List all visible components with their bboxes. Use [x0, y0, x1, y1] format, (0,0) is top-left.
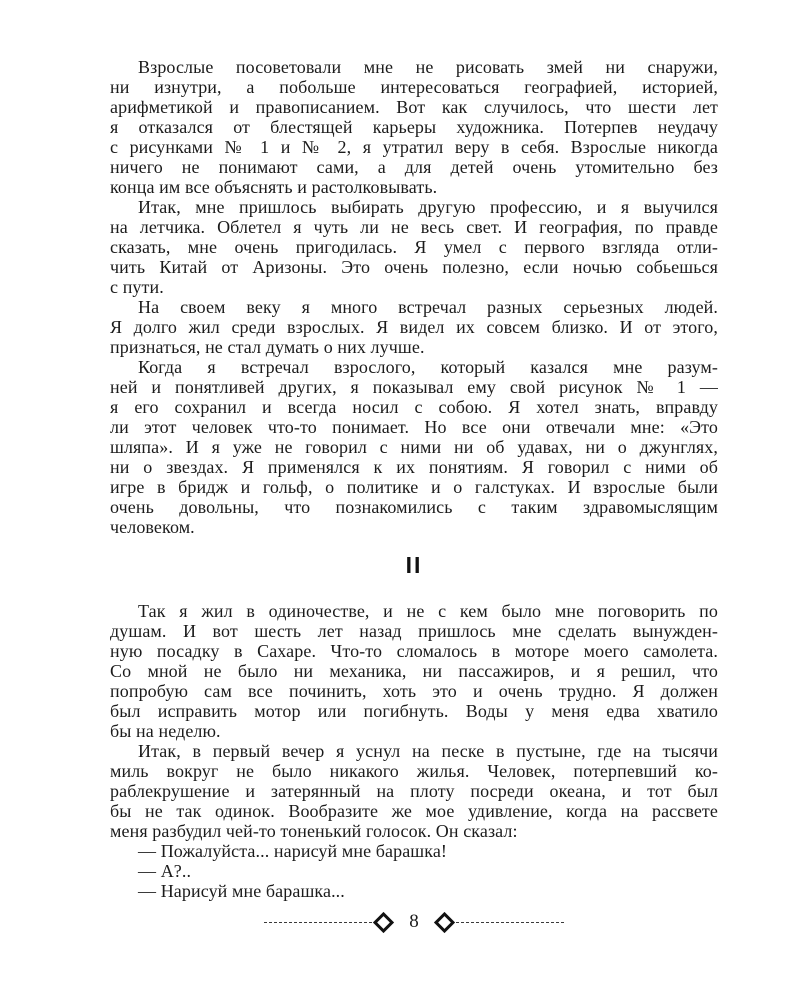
text-line: ни изнутри, а побольше интересоваться ге… — [110, 77, 718, 97]
paragraph: На своем веку я много встречал разных се… — [110, 297, 718, 357]
paragraph: Итак, мне пришлось выбирать другую профе… — [110, 197, 718, 297]
text-line: арифметикой и правописанием. Вот как слу… — [110, 97, 718, 117]
dialogue-line: — А?.. — [110, 861, 718, 881]
text-line: ни о звездах. Я применялся к их понятиям… — [110, 457, 718, 477]
text-line: я его сохранил и всегда носил с собою. Я… — [110, 397, 718, 417]
text-line: миль вокруг не было никакого жилья. Чело… — [110, 761, 718, 781]
paragraph: Так я жил в одиночестве, и не с кем было… — [110, 601, 718, 741]
text-line: Я долго жил среди взрослых. Я видел их с… — [110, 317, 718, 337]
book-page: Взрослые посоветовали мне не рисовать зм… — [0, 0, 800, 1000]
text-line: ли этот человек что-то понимает. Но все … — [110, 417, 718, 437]
text-line: признаться, не стал думать о них лучше. — [110, 337, 718, 357]
text-line: меня разбудил чей-то тоненький голосок. … — [110, 821, 718, 841]
text-line: ную посадку в Сахаре. Что-то сломалось в… — [110, 641, 718, 661]
text-line: бы на неделю. — [110, 721, 718, 741]
diamond-ornament-right — [434, 911, 455, 932]
text-line: с рисунками № 1 и № 2, я утратил веру в … — [110, 137, 718, 157]
text-line: конца им все объяснять и растолковывать. — [110, 177, 718, 197]
text-line: Со мной не было ни механика, ни пассажир… — [110, 661, 718, 681]
text-line: сказать, мне очень пригодилась. Я умел с… — [110, 237, 718, 257]
text-line: Итак, мне пришлось выбирать другую профе… — [110, 197, 718, 217]
text-line: человеком. — [110, 517, 718, 537]
text-line: был исправить мотор или погибнуть. Воды … — [110, 701, 718, 721]
text-line: Итак, в первый вечер я уснул на песке в … — [110, 741, 718, 761]
text-line: игре в бридж и гольф, о политике и о гал… — [110, 477, 718, 497]
text-line: Когда я встречал взрослого, который каза… — [110, 357, 718, 377]
text-column: Взрослые посоветовали мне не рисовать зм… — [110, 57, 718, 901]
text-line: ничего не понимают сами, а для детей оче… — [110, 157, 718, 177]
page-footer: 8 — [110, 910, 718, 934]
text-line: Так я жил в одиночестве, и не с кем было… — [110, 601, 718, 621]
diamond-ornament-left — [373, 911, 394, 932]
paragraph: Итак, в первый вечер я уснул на песке в … — [110, 741, 718, 841]
paragraph: Взрослые посоветовали мне не рисовать зм… — [110, 57, 718, 197]
text-line: ней и понятливей других, я показывал ему… — [110, 377, 718, 397]
text-line: Взрослые посоветовали мне не рисовать зм… — [110, 57, 718, 77]
text-line: с пути. — [110, 277, 718, 297]
text-line: очень довольны, что познакомились с таки… — [110, 497, 718, 517]
text-line: бы не так одинок. Вообразите же мое удив… — [110, 801, 718, 821]
dialogue-block: — Пожалуйста... нарисуй мне барашка!— А?… — [110, 841, 718, 901]
text-line: раблекрушение и затерянный на плоту поср… — [110, 781, 718, 801]
text-line: я отказался от блестящей карьеры художни… — [110, 117, 718, 137]
text-line: На своем веку я много встречал разных се… — [110, 297, 718, 317]
text-line: попробую сам все починить, хоть это и оч… — [110, 681, 718, 701]
dialogue-line: — Пожалуйста... нарисуй мне барашка! — [110, 841, 718, 861]
text-line: на летчика. Облетел я чуть ли не весь св… — [110, 217, 718, 237]
text-line: чить Китай от Аризоны. Это очень полезно… — [110, 257, 718, 277]
footer-rule-right — [456, 922, 564, 923]
chapter-heading: II — [110, 553, 718, 577]
text-line: душам. И вот шесть лет назад пришлось мн… — [110, 621, 718, 641]
footer-rule-left — [264, 922, 372, 923]
paragraph: Когда я встречал взрослого, который каза… — [110, 357, 718, 537]
text-line: шляпа». И я уже не говорил с ними ни об … — [110, 437, 718, 457]
dialogue-line: — Нарисуй мне барашка... — [110, 881, 718, 901]
page-number: 8 — [409, 910, 419, 934]
